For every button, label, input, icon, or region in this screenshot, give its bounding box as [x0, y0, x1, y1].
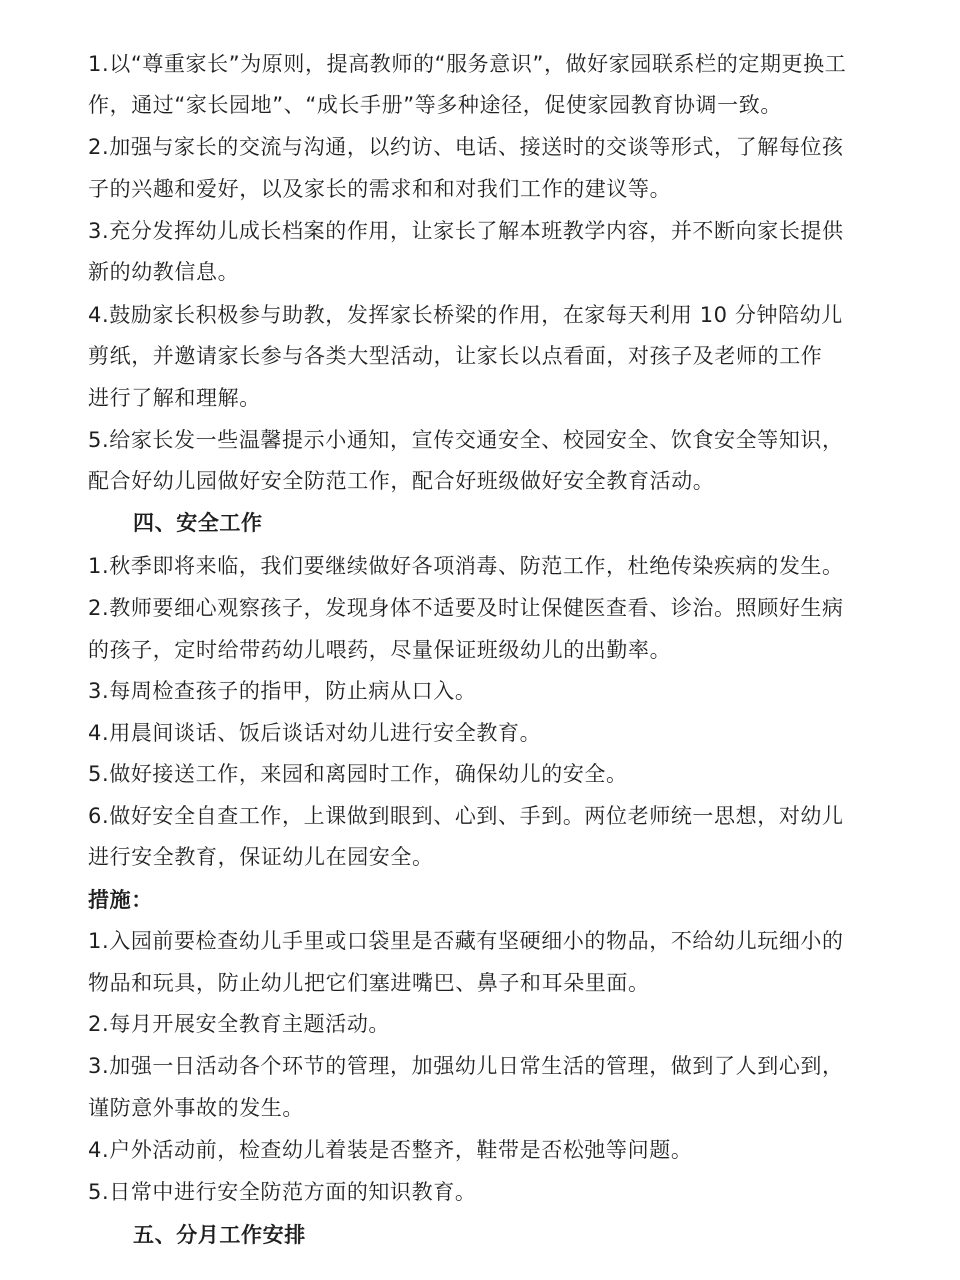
text-line: 1.以“尊重家长”为原则，提高教师的“服务意识”，做好家园联系栏的定期更换工: [88, 50, 878, 78]
text-line: 4.户外活动前，检查幼儿着装是否整齐，鞋带是否松弛等问题。: [88, 1136, 878, 1164]
text-line: 6.做好安全自查工作，上课做到眼到、心到、手到。两位老师统一思想，对幼儿: [88, 802, 878, 830]
text-line: 进行了解和理解。: [88, 384, 878, 412]
text-line: 2.每月开展安全教育主题活动。: [88, 1010, 878, 1038]
text-line: 5.给家长发一些温馨提示小通知，宣传交通安全、校园安全、饮食安全等知识，: [88, 426, 878, 454]
text-line: 1.入园前要检查幼儿手里或口袋里是否藏有坚硬细小的物品，不给幼儿玩细小的: [88, 927, 878, 955]
text-line: 4.鼓励家长积极参与助教，发挥家长桥梁的作用，在家每天利用 10 分钟陪幼儿: [88, 301, 878, 329]
text-line: 作，通过“家长园地”、“成长手册”等多种途径，促使家园教育协调一致。: [88, 91, 878, 119]
text-line: 1.秋季即将来临，我们要继续做好各项消毒、防范工作，杜绝传染疾病的发生。: [88, 552, 878, 580]
measures-label: 措施：: [88, 886, 878, 914]
section-heading: 四、安全工作: [133, 509, 923, 537]
text-line: 子的兴趣和爱好，以及家长的需求和和对我们工作的建议等。: [88, 175, 878, 203]
text-line: 谨防意外事故的发生。: [88, 1094, 878, 1122]
text-line: 进行安全教育，保证幼儿在园安全。: [88, 843, 878, 871]
text-line: 4.用晨间谈话、饭后谈话对幼儿进行安全教育。: [88, 719, 878, 747]
document-page: 1.以“尊重家长”为原则，提高教师的“服务意识”，做好家园联系栏的定期更换工作，…: [0, 0, 960, 1280]
section-heading: 五、分月工作安排: [133, 1221, 923, 1249]
text-line: 新的幼教信息。: [88, 258, 878, 286]
text-line: 3.每周检查孩子的指甲，防止病从口入。: [88, 677, 878, 705]
text-line: 2.加强与家长的交流与沟通，以约访、电话、接送时的交谈等形式，了解每位孩: [88, 133, 878, 161]
text-line: 5.做好接送工作，来园和离园时工作，确保幼儿的安全。: [88, 760, 878, 788]
text-line: 2.教师要细心观察孩子，发现身体不适要及时让保健医查看、诊治。照顾好生病: [88, 594, 878, 622]
text-line: 3.加强一日活动各个环节的管理，加强幼儿日常生活的管理，做到了人到心到，: [88, 1052, 878, 1080]
text-line: 剪纸，并邀请家长参与各类大型活动，让家长以点看面，对孩子及老师的工作: [88, 342, 878, 370]
text-line: 物品和玩具，防止幼儿把它们塞进嘴巴、鼻子和耳朵里面。: [88, 969, 878, 997]
text-line: 5.日常中进行安全防范方面的知识教育。: [88, 1178, 878, 1206]
text-line: 的孩子，定时给带药幼儿喂药，尽量保证班级幼儿的出勤率。: [88, 636, 878, 664]
text-line: 配合好幼儿园做好安全防范工作，配合好班级做好安全教育活动。: [88, 467, 878, 495]
text-line: 3.充分发挥幼儿成长档案的作用，让家长了解本班教学内容，并不断向家长提供: [88, 217, 878, 245]
